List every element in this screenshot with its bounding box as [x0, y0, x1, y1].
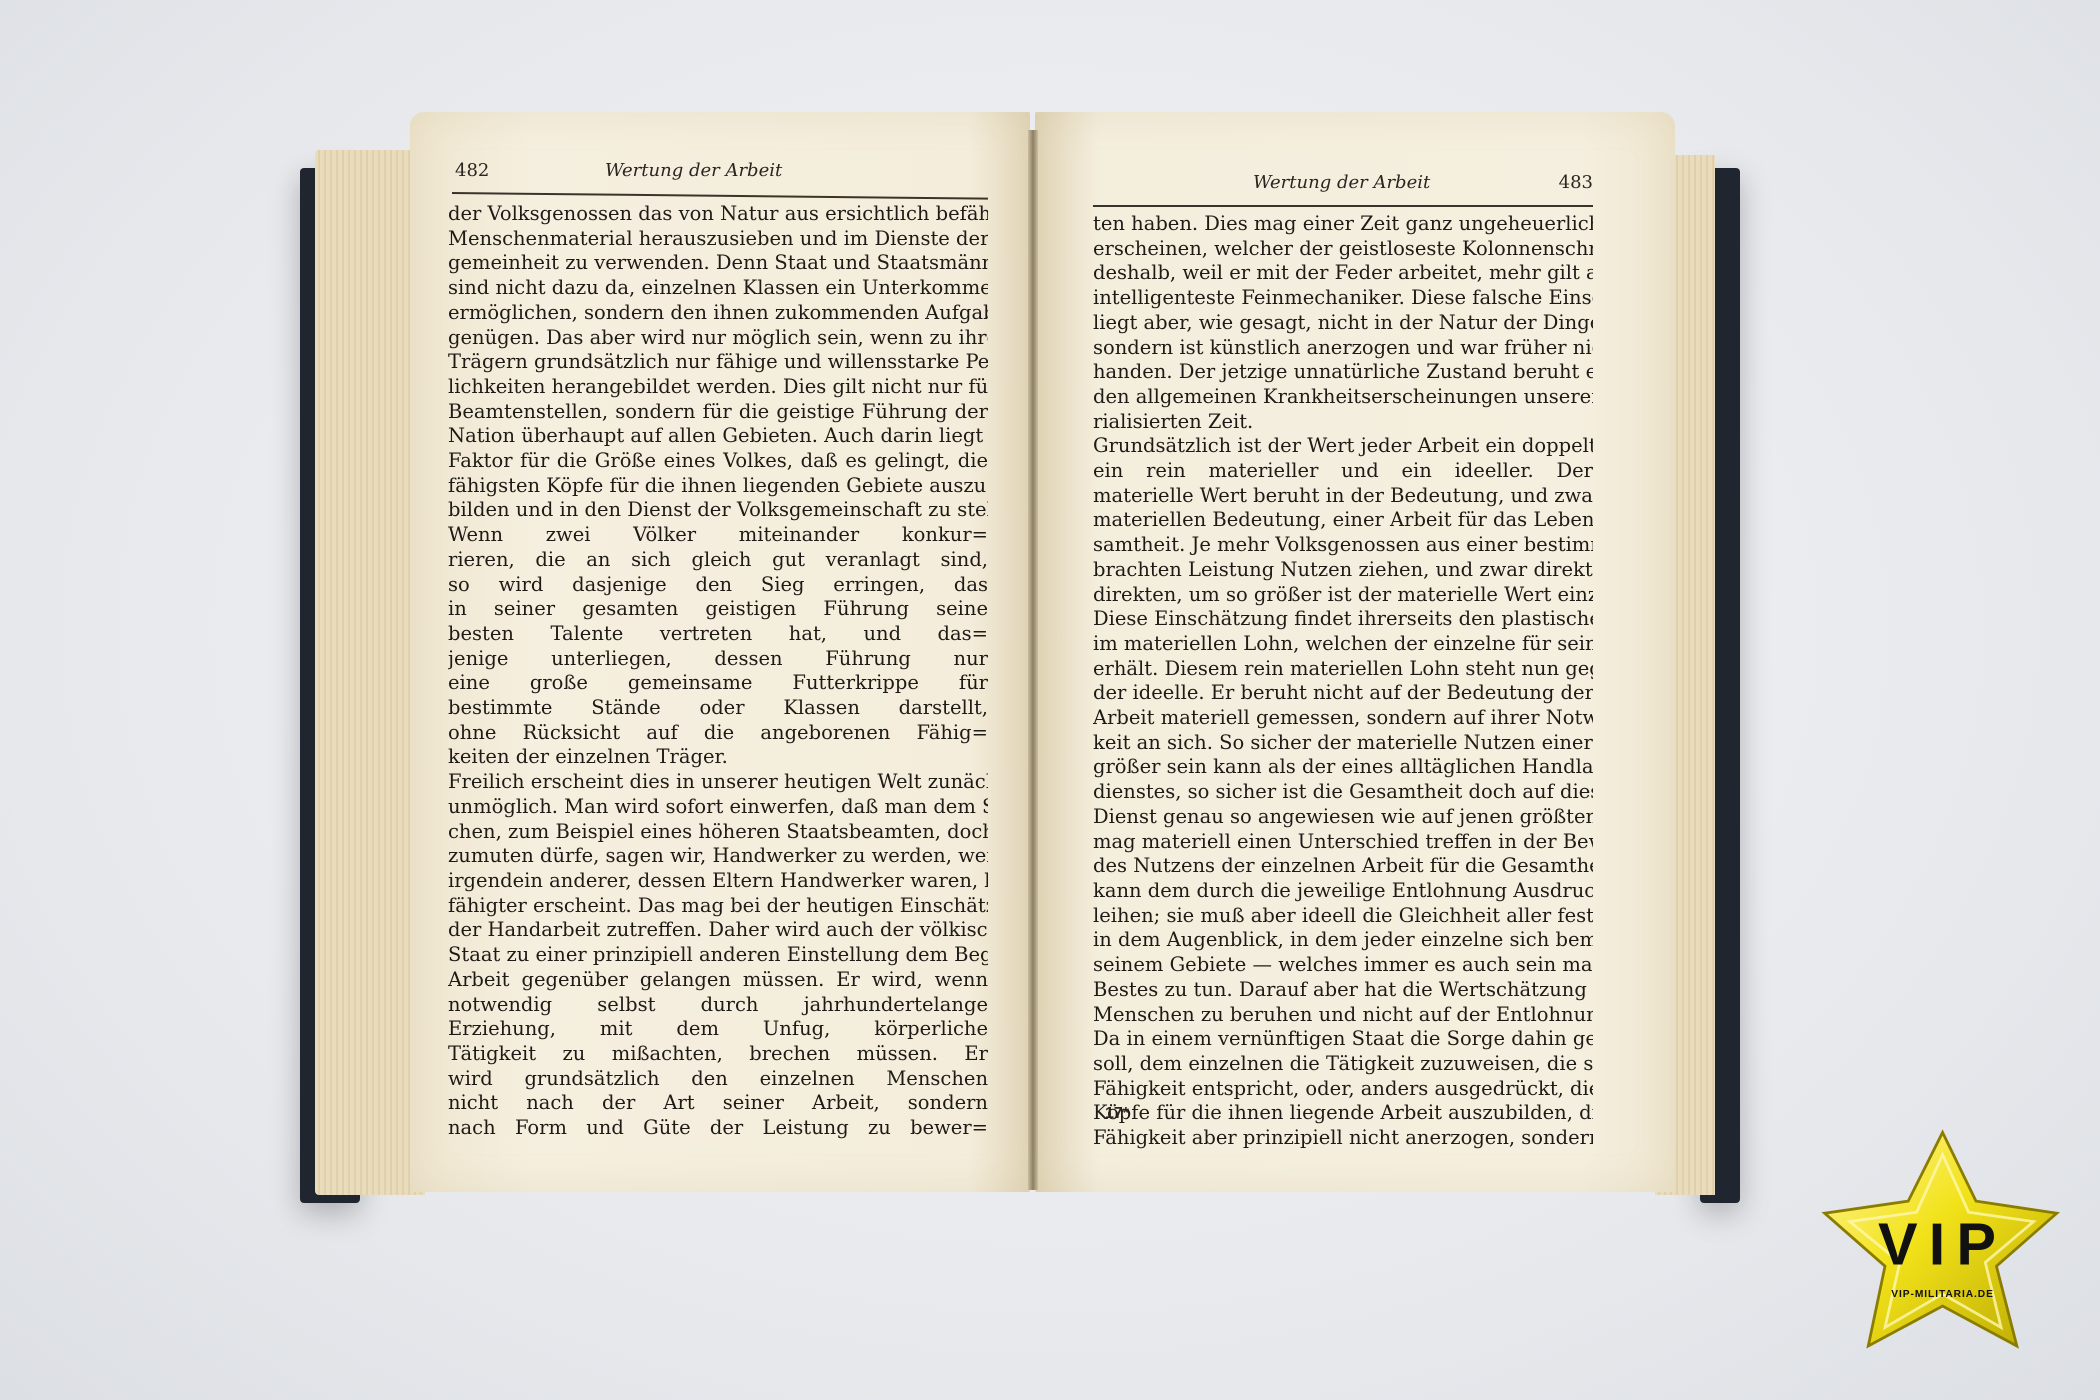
- text-line: nicht nach der Art seiner Arbeit, sonder…: [448, 1091, 988, 1116]
- left-page-header: 482 Wertung der Arbeit: [455, 160, 980, 181]
- text-line: Menschenmaterial herauszusieben und im D…: [448, 227, 988, 252]
- text-line: Fähigkeit aber prinzipiell nicht anerzog…: [1093, 1126, 1593, 1151]
- text-line: kann dem durch die jeweilige Entlohnung …: [1093, 879, 1593, 904]
- text-line: bestimmte Stände oder Klassen darstellt,: [448, 696, 988, 721]
- text-line: gemeinheit zu verwenden. Denn Staat und …: [448, 251, 988, 276]
- text-line: Nation überhaupt auf allen Gebieten. Auc…: [448, 424, 988, 449]
- text-line: erscheinen, welcher der geistloseste Kol…: [1093, 237, 1593, 262]
- text-line: direkten, um so größer ist der materiell…: [1093, 583, 1593, 608]
- text-line: Dienst genau so angewiesen wie auf jenen…: [1093, 805, 1593, 830]
- text-line: nach Form und Güte der Leistung zu bewer…: [448, 1116, 988, 1141]
- text-line: materiellen Bedeutung, einer Arbeit für …: [1093, 508, 1593, 533]
- text-line: genügen. Das aber wird nur möglich sein,…: [448, 326, 988, 351]
- vip-militaria-logo: VIP VIP-MILITARIA.DE: [1810, 1125, 2090, 1385]
- left-page-body: der Volksgenossen das von Natur aus ersi…: [448, 202, 988, 1141]
- text-line: seinem Gebiete — welches immer es auch s…: [1093, 953, 1593, 978]
- text-line: der ideelle. Er beruht nicht auf der Bed…: [1093, 681, 1593, 706]
- text-line: chen, zum Beispiel eines höheren Staatsb…: [448, 820, 988, 845]
- text-line: Wenn zwei Völker miteinander konkur=: [448, 523, 988, 548]
- text-line: des Nutzens der einzelnen Arbeit für die…: [1093, 854, 1593, 879]
- page-block-left: [315, 150, 425, 1195]
- text-line: besten Talente vertreten hat, und das=: [448, 622, 988, 647]
- text-line: sondern ist künstlich anerzogen und war …: [1093, 336, 1593, 361]
- text-line: größer sein kann als der eines alltäglic…: [1093, 755, 1593, 780]
- text-line: Tätigkeit zu mißachten, brechen müssen. …: [448, 1042, 988, 1067]
- text-line: in seiner gesamten geistigen Führung sei…: [448, 597, 988, 622]
- text-line: rieren, die an sich gleich gut veranlagt…: [448, 548, 988, 573]
- text-line: Beamtenstellen, sondern für die geistige…: [448, 400, 988, 425]
- text-line: jenige unterliegen, dessen Führung nur: [448, 647, 988, 672]
- text-line: handen. Der jetzige unnatürliche Zustand…: [1093, 360, 1593, 385]
- text-line: Da in einem vernünftigen Staat die Sorge…: [1093, 1027, 1593, 1052]
- text-line: der Volksgenossen das von Natur aus ersi…: [448, 202, 988, 227]
- right-page-number: 483: [1559, 172, 1593, 193]
- text-line: liegt aber, wie gesagt, nicht in der Nat…: [1093, 311, 1593, 336]
- text-line: Arbeit materiell gemessen, sondern auf i…: [1093, 706, 1593, 731]
- text-line: fähigsten Köpfe für die ihnen liegenden …: [448, 474, 988, 499]
- text-line: ten haben. Dies mag einer Zeit ganz unge…: [1093, 212, 1593, 237]
- svg-text:VIP-MILITARIA.DE: VIP-MILITARIA.DE: [1891, 1289, 1994, 1300]
- text-line: Faktor für die Größe eines Volkes, daß e…: [448, 449, 988, 474]
- text-line: wird grundsätzlich den einzelnen Mensche…: [448, 1067, 988, 1092]
- right-page-header: Wertung der Arbeit 483: [1093, 172, 1593, 193]
- text-line: keit an sich. So sicher der materielle N…: [1093, 731, 1593, 756]
- text-line: bilden und in den Dienst der Volksgemein…: [448, 498, 988, 523]
- text-line: Fähigkeit entspricht, oder, anders ausge…: [1093, 1077, 1593, 1102]
- text-line: eine große gemeinsame Futterkrippe für: [448, 671, 988, 696]
- text-line: den allgemeinen Krankheitserscheinungen …: [1093, 385, 1593, 410]
- text-line: mag materiell einen Unterschied treffen …: [1093, 830, 1593, 855]
- text-line: unmöglich. Man wird sofort einwerfen, da…: [448, 795, 988, 820]
- text-line: intelligenteste Feinmechaniker. Diese fa…: [1093, 286, 1593, 311]
- text-line: keiten der einzelnen Träger.: [448, 745, 988, 770]
- text-line: deshalb, weil er mit der Feder arbeitet,…: [1093, 261, 1593, 286]
- text-line: brachten Leistung Nutzen ziehen, und zwa…: [1093, 558, 1593, 583]
- right-page-body: ten haben. Dies mag einer Zeit ganz unge…: [1093, 212, 1593, 1151]
- text-line: der Handarbeit zutreffen. Daher wird auc…: [448, 918, 988, 943]
- text-line: materielle Wert beruht in der Bedeutung,…: [1093, 484, 1593, 509]
- text-line: Menschen zu beruhen und nicht auf der En…: [1093, 1003, 1593, 1028]
- text-line: samtheit. Je mehr Volksgenossen aus eine…: [1093, 533, 1593, 558]
- text-line: erhält. Diesem rein materiellen Lohn ste…: [1093, 657, 1593, 682]
- right-running-head: Wertung der Arbeit: [1253, 172, 1430, 193]
- text-line: Erziehung, mit dem Unfug, körperliche: [448, 1017, 988, 1042]
- right-header-rule: [1093, 205, 1593, 207]
- text-line: Köpfe für die ihnen liegende Arbeit ausz…: [1093, 1101, 1593, 1126]
- text-line: zumuten dürfe, sagen wir, Handwerker zu …: [448, 844, 988, 869]
- text-line: lichkeiten herangebildet werden. Dies gi…: [448, 375, 988, 400]
- text-line: Arbeit gegenüber gelangen müssen. Er wir…: [448, 968, 988, 993]
- text-line: Trägern grundsätzlich nur fähige und wil…: [448, 350, 988, 375]
- text-line: Bestes zu tun. Darauf aber hat die Werts…: [1093, 978, 1593, 1003]
- text-line: dienstes, so sicher ist die Gesamtheit d…: [1093, 780, 1593, 805]
- text-line: im materiellen Lohn, welchen der einzeln…: [1093, 632, 1593, 657]
- text-line: Grundsätzlich ist der Wert jeder Arbeit …: [1093, 434, 1593, 459]
- text-line: irgendein anderer, dessen Eltern Handwer…: [448, 869, 988, 894]
- text-line: Diese Einschätzung findet ihrerseits den…: [1093, 607, 1593, 632]
- text-line: leihen; sie muß aber ideell die Gleichhe…: [1093, 904, 1593, 929]
- left-page-number: 482: [455, 160, 605, 181]
- text-line: rialisierten Zeit.: [1093, 410, 1593, 435]
- text-line: in dem Augenblick, in dem jeder einzelne…: [1093, 928, 1593, 953]
- left-running-head: Wertung der Arbeit: [605, 160, 782, 181]
- text-line: Staat zu einer prinzipiell anderen Einst…: [448, 943, 988, 968]
- text-line: ermöglichen, sondern den ihnen zukommend…: [448, 301, 988, 326]
- signature-mark: 17*: [1105, 1105, 1129, 1123]
- book-gutter: [1028, 130, 1038, 1190]
- text-line: Freilich erscheint dies in unserer heuti…: [448, 770, 988, 795]
- text-line: fähigter erscheint. Das mag bei der heut…: [448, 894, 988, 919]
- star-icon: VIP VIP-MILITARIA.DE: [1810, 1125, 2090, 1385]
- text-line: notwendig selbst durch jahrhundertelange: [448, 993, 988, 1018]
- text-line: sind nicht dazu da, einzelnen Klassen ei…: [448, 276, 988, 301]
- text-line: so wird dasjenige den Sieg erringen, das: [448, 573, 988, 598]
- text-line: ein rein materieller und ein ideeller. D…: [1093, 459, 1593, 484]
- text-line: ohne Rücksicht auf die angeborenen Fähig…: [448, 721, 988, 746]
- text-line: soll, dem einzelnen die Tätigkeit zuzuwe…: [1093, 1052, 1593, 1077]
- svg-text:VIP: VIP: [1878, 1210, 2007, 1277]
